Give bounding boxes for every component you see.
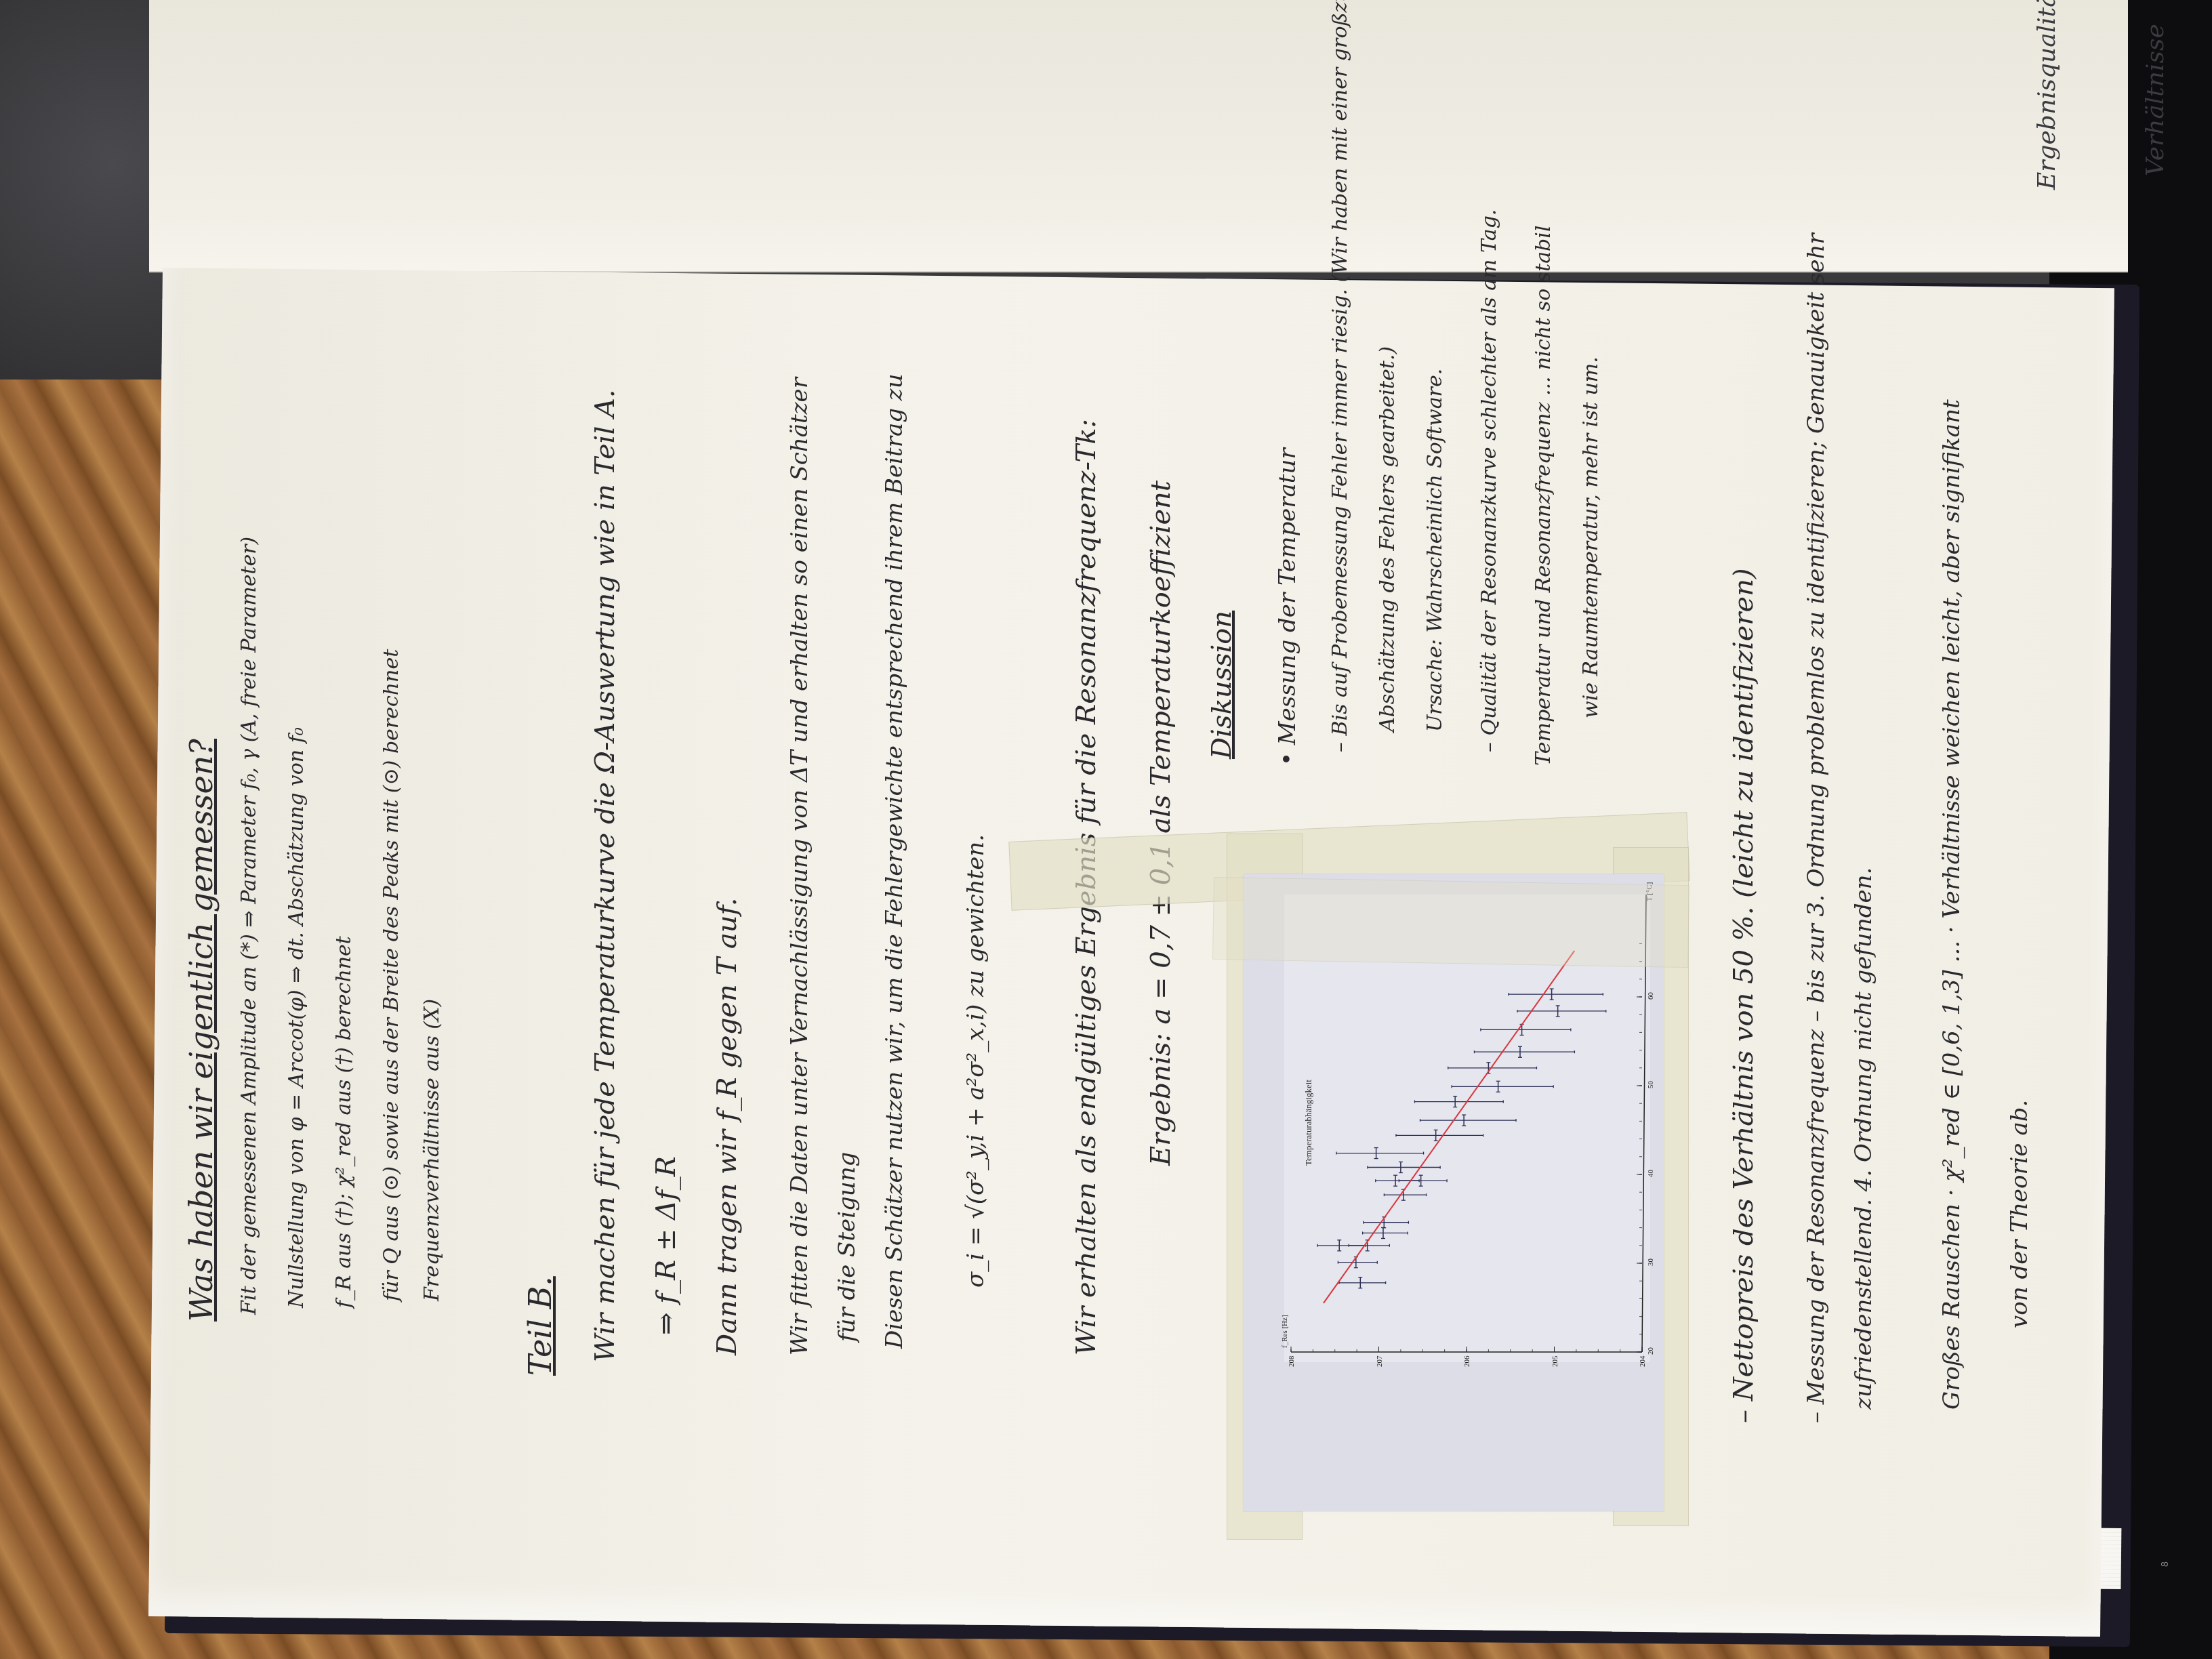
bottom-line-4: Großes Rauschen · χ²_red ∈ [0,6, 1,3] ..… — [1938, 399, 1965, 1410]
chart-title: Temperaturabhängigkeit — [1303, 1080, 1313, 1166]
f-tick-label: 208 — [1288, 1355, 1296, 1367]
bullet-q-berechnet: für Q aus (⊙) sowie aus der Breite des P… — [380, 649, 403, 1301]
tape-strip-horizontal — [1212, 877, 1689, 968]
bottom-line-3: zufriedenstellend. 4. Ordnung nicht gefu… — [1850, 867, 1877, 1410]
diskussion-line-2: – Bis auf Probemessung Fehler immer ries… — [1328, 0, 1352, 752]
svg-text:30: 30 — [1647, 1258, 1655, 1267]
diskussion-line-7: wie Raumtemperatur, mehr ist um. — [1579, 356, 1603, 718]
heading-what-measured: Was haben wir eigentlich gemessen? — [183, 739, 220, 1322]
diskussion-line-4: Ursache: Wahrscheinlich Software. — [1423, 369, 1447, 732]
upper-page-text-1: Ergebnisqualität — [2033, 0, 2061, 190]
bullet-fr-chi2: f_R aus (†); χ²_red aus (†) berechnet — [332, 936, 356, 1308]
teil-b-line-4: Wir fitten die Daten unter Vernachlässig… — [786, 377, 813, 1355]
svg-text:20: 20 — [1647, 1347, 1655, 1355]
f-tick-label: 205 — [1551, 1355, 1559, 1367]
bullet-nullstellung: Nullstellung von φ = Arccot(φ) ⇒ dt. Abs… — [285, 727, 308, 1308]
heading-teil-b: Teil B. — [522, 1276, 558, 1376]
svg-text:60: 60 — [1647, 992, 1655, 1000]
heading-diskussion: Diskussion — [1206, 611, 1237, 759]
teil-b-formula-sigma: σ_i = √(σ²_y,i + a²σ²_x,i) zu gewichten. — [962, 834, 989, 1288]
upper-page-text-2: Verhältnisse — [2142, 24, 2169, 176]
teil-b-line-6: Diesen Schätzer nutzen wir, um die Fehle… — [881, 373, 908, 1349]
teil-b-line-3: Dann tragen wir f_R gegen T auf. — [712, 897, 743, 1355]
chart-plot-area: 2042052062072082030405060f_Res [Hz]T [°C… — [1244, 874, 1664, 1511]
teil-b-line-5: für die Steigung — [834, 1152, 861, 1342]
bottom-line-5: von der Theorie ab. — [2006, 1100, 2033, 1328]
f-tick-label: 207 — [1376, 1355, 1384, 1367]
diskussion-line-6: Temperatur und Resonanzfrequenz ... nich… — [1532, 226, 1555, 766]
teil-b-line-2: ⇒ f_R ± Δf_R — [651, 1156, 682, 1335]
f-tick-label: 206 — [1463, 1355, 1471, 1367]
bottom-line-2: – Messung der Resonanzfrequenz – bis zur… — [1803, 233, 1830, 1423]
bullet-fit-amplitude: Fit der gemessenen Amplitude an (*) ⇒ Pa… — [237, 537, 261, 1315]
notebook-upper-page — [149, 0, 2128, 272]
svg-text:f_Res [Hz]: f_Res [Hz] — [1281, 1315, 1289, 1348]
diskussion-line-1: • Messung der Temperatur — [1274, 448, 1301, 766]
bottom-line-1: – Nettopreis des Verhältnis von 50 %. (l… — [1728, 568, 1759, 1423]
diskussion-line-3: Abschätzung des Fehlers gearbeitet.) — [1376, 346, 1399, 732]
page-number: 8 — [2159, 1561, 2170, 1567]
f-tick-label: 204 — [1639, 1355, 1647, 1367]
diskussion-line-5: – Qualität der Resonanzkurve schlechter … — [1477, 209, 1501, 752]
teil-b-line-1: Wir machen für jede Temperaturkurve die … — [590, 389, 621, 1362]
bullet-frequenzverhaeltnisse: Frequenzverhältnisse aus (X) — [420, 999, 444, 1301]
svg-text:40: 40 — [1647, 1170, 1655, 1178]
chart-printout: 2042052062072082030405060f_Res [Hz]T [°C… — [1244, 874, 1664, 1511]
svg-text:50: 50 — [1647, 1081, 1655, 1089]
teil-b-result: Ergebnis: a = 0,7 ± 0,1 als Temperaturko… — [1145, 480, 1176, 1166]
